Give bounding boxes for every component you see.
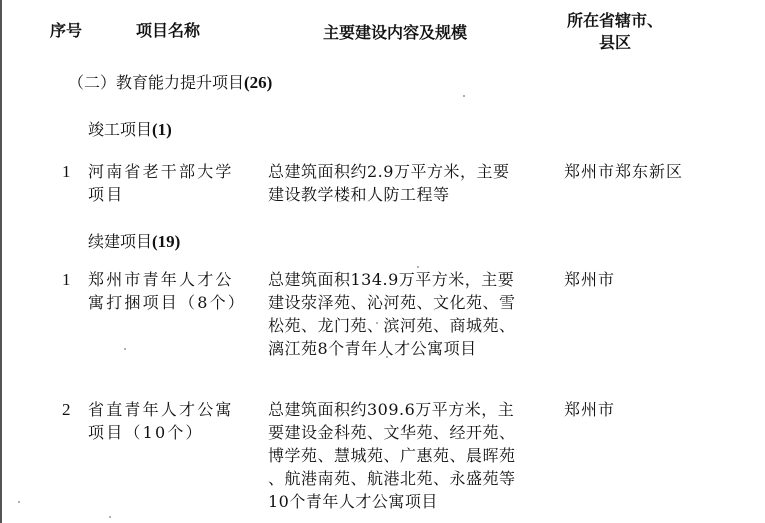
row-seq: 1 bbox=[62, 160, 71, 183]
content-line: 总建筑面积约309.6万平方米，主 bbox=[268, 398, 568, 421]
row-content: 总建筑面积约2.9万平方米，主要 建设教学楼和人防工程等 bbox=[268, 160, 568, 206]
header-content-scale: 主要建设内容及规模 bbox=[323, 20, 467, 43]
row-project-name: 郑州市青年人才公 寓打捆项目（8个） bbox=[88, 268, 268, 314]
content-line: 总建筑面积约2.9万平方米，主要 bbox=[268, 160, 568, 183]
header-seq: 序号 bbox=[50, 18, 82, 41]
scan-speck bbox=[463, 95, 465, 97]
content-line: 博学苑、慧城苑、广惠苑、晨晖苑 bbox=[268, 444, 568, 467]
section-title-text: （二）教育能力提升项目 bbox=[68, 73, 244, 92]
section-title-count: (26) bbox=[244, 73, 272, 92]
subsection-completed-label: 竣工项目 bbox=[88, 120, 152, 139]
scan-speck bbox=[417, 266, 419, 268]
name-line: 项目（10个） bbox=[88, 421, 268, 444]
content-line: 10个青年人才公寓项目 bbox=[268, 490, 568, 513]
name-line: 河南省老干部大学 bbox=[88, 160, 268, 183]
row-content: 总建筑面积约309.6万平方米，主 要建设金科苑、文华苑、经开苑、 博学苑、慧城… bbox=[268, 398, 568, 513]
content-line: 建设荥泽苑、沁河苑、文化苑、雪 bbox=[268, 291, 568, 314]
section-title: （二）教育能力提升项目(26) bbox=[68, 70, 272, 93]
content-line: 要建设金科苑、文华苑、经开苑、 bbox=[268, 421, 568, 444]
row-content: 总建筑面积134.9万平方米，主要 建设荥泽苑、沁河苑、文化苑、雪 松苑、龙门苑… bbox=[268, 268, 568, 360]
header-project-name: 项目名称 bbox=[136, 18, 200, 41]
header-location-line2: 县区 bbox=[560, 32, 670, 54]
name-line: 项目 bbox=[88, 183, 268, 206]
row-seq: 2 bbox=[62, 398, 71, 421]
content-line: 松苑、龙门苑、滨河苑、商城苑、 bbox=[268, 314, 568, 337]
header-location-line1: 所在省辖市、 bbox=[560, 10, 670, 32]
scan-speck bbox=[109, 516, 111, 518]
row-location: 郑州市郑东新区 bbox=[564, 160, 724, 183]
row-project-name: 河南省老干部大学 项目 bbox=[88, 160, 268, 206]
content-line: 总建筑面积134.9万平方米，主要 bbox=[268, 268, 568, 291]
row-location: 郑州市 bbox=[564, 268, 724, 291]
subsection-continuing-label: 续建项目 bbox=[88, 232, 152, 251]
row-project-name: 省直青年人才公寓 项目（10个） bbox=[88, 398, 268, 444]
header-location: 所在省辖市、 县区 bbox=[560, 10, 670, 54]
subsection-completed-count: (1) bbox=[152, 120, 172, 139]
content-line: 漓江苑8个青年人才公寓项目 bbox=[268, 337, 568, 360]
scan-speck bbox=[124, 348, 126, 350]
name-line: 郑州市青年人才公 bbox=[88, 268, 268, 291]
subsection-continuing: 续建项目(19) bbox=[88, 229, 180, 252]
name-line: 寓打捆项目（8个） bbox=[88, 291, 268, 314]
scan-speck bbox=[18, 501, 20, 503]
scan-speck bbox=[376, 322, 378, 324]
subsection-completed: 竣工项目(1) bbox=[88, 117, 172, 140]
name-line: 省直青年人才公寓 bbox=[88, 398, 268, 421]
row-seq: 1 bbox=[62, 268, 71, 291]
subsection-continuing-count: (19) bbox=[152, 232, 180, 251]
scan-speck bbox=[386, 356, 388, 358]
page-left-border bbox=[0, 0, 2, 523]
content-line: 、航港南苑、航港北苑、永盛苑等 bbox=[268, 467, 568, 490]
content-line: 建设教学楼和人防工程等 bbox=[268, 183, 568, 206]
row-location: 郑州市 bbox=[564, 398, 724, 421]
